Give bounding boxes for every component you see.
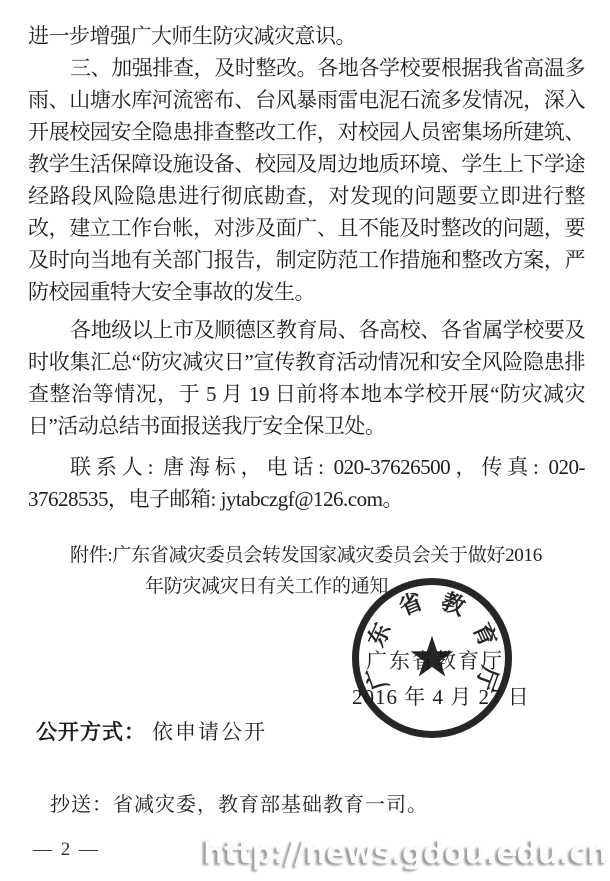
official-seal: 广 东 省 教 育 厅 [352,578,512,738]
disclosure-label: 公开方式： [36,721,146,744]
cc-label: 抄送： [50,794,113,816]
disclosure-line: 公开方式：依申请公开 [36,716,267,746]
paragraph-section-3: 三、加强排查，及时整改。各地各学校要根据我省高温多雨、山塘水库河流密布、台风暴雨… [28,52,585,308]
paragraph-continuation: 进一步增强广大师生防灾减灾意识。 [28,20,585,52]
seal-star-icon [406,634,458,686]
attachment-label: 附件: [70,545,112,566]
page-number: — 2 — [33,839,100,861]
cc-value: 省减灾委，教育部基础教育一司。 [113,794,428,816]
cc-line: 抄送：省减灾委，教育部基础教育一司。 [50,788,428,817]
document-page: 进一步增强广大师生防灾减灾意识。 三、加强排查，及时整改。各地各学校要根据我省高… [0,0,610,881]
paragraph-reporting: 各地级以上市及顺德区教育局、各高校、各省属学校要及时收集汇总“防灾减灾日”宣传教… [28,314,585,442]
paragraph-contact: 联系人: 唐海标，电话: 020-37626500，传真: 020-376285… [28,451,585,515]
watermark-url: http://news.gdou.edu.cn [203,835,608,871]
document-body: 进一步增强广大师生防灾减灾意识。 三、加强排查，及时整改。各地各学校要根据我省高… [28,20,585,515]
disclosure-value: 依申请公开 [152,720,267,744]
